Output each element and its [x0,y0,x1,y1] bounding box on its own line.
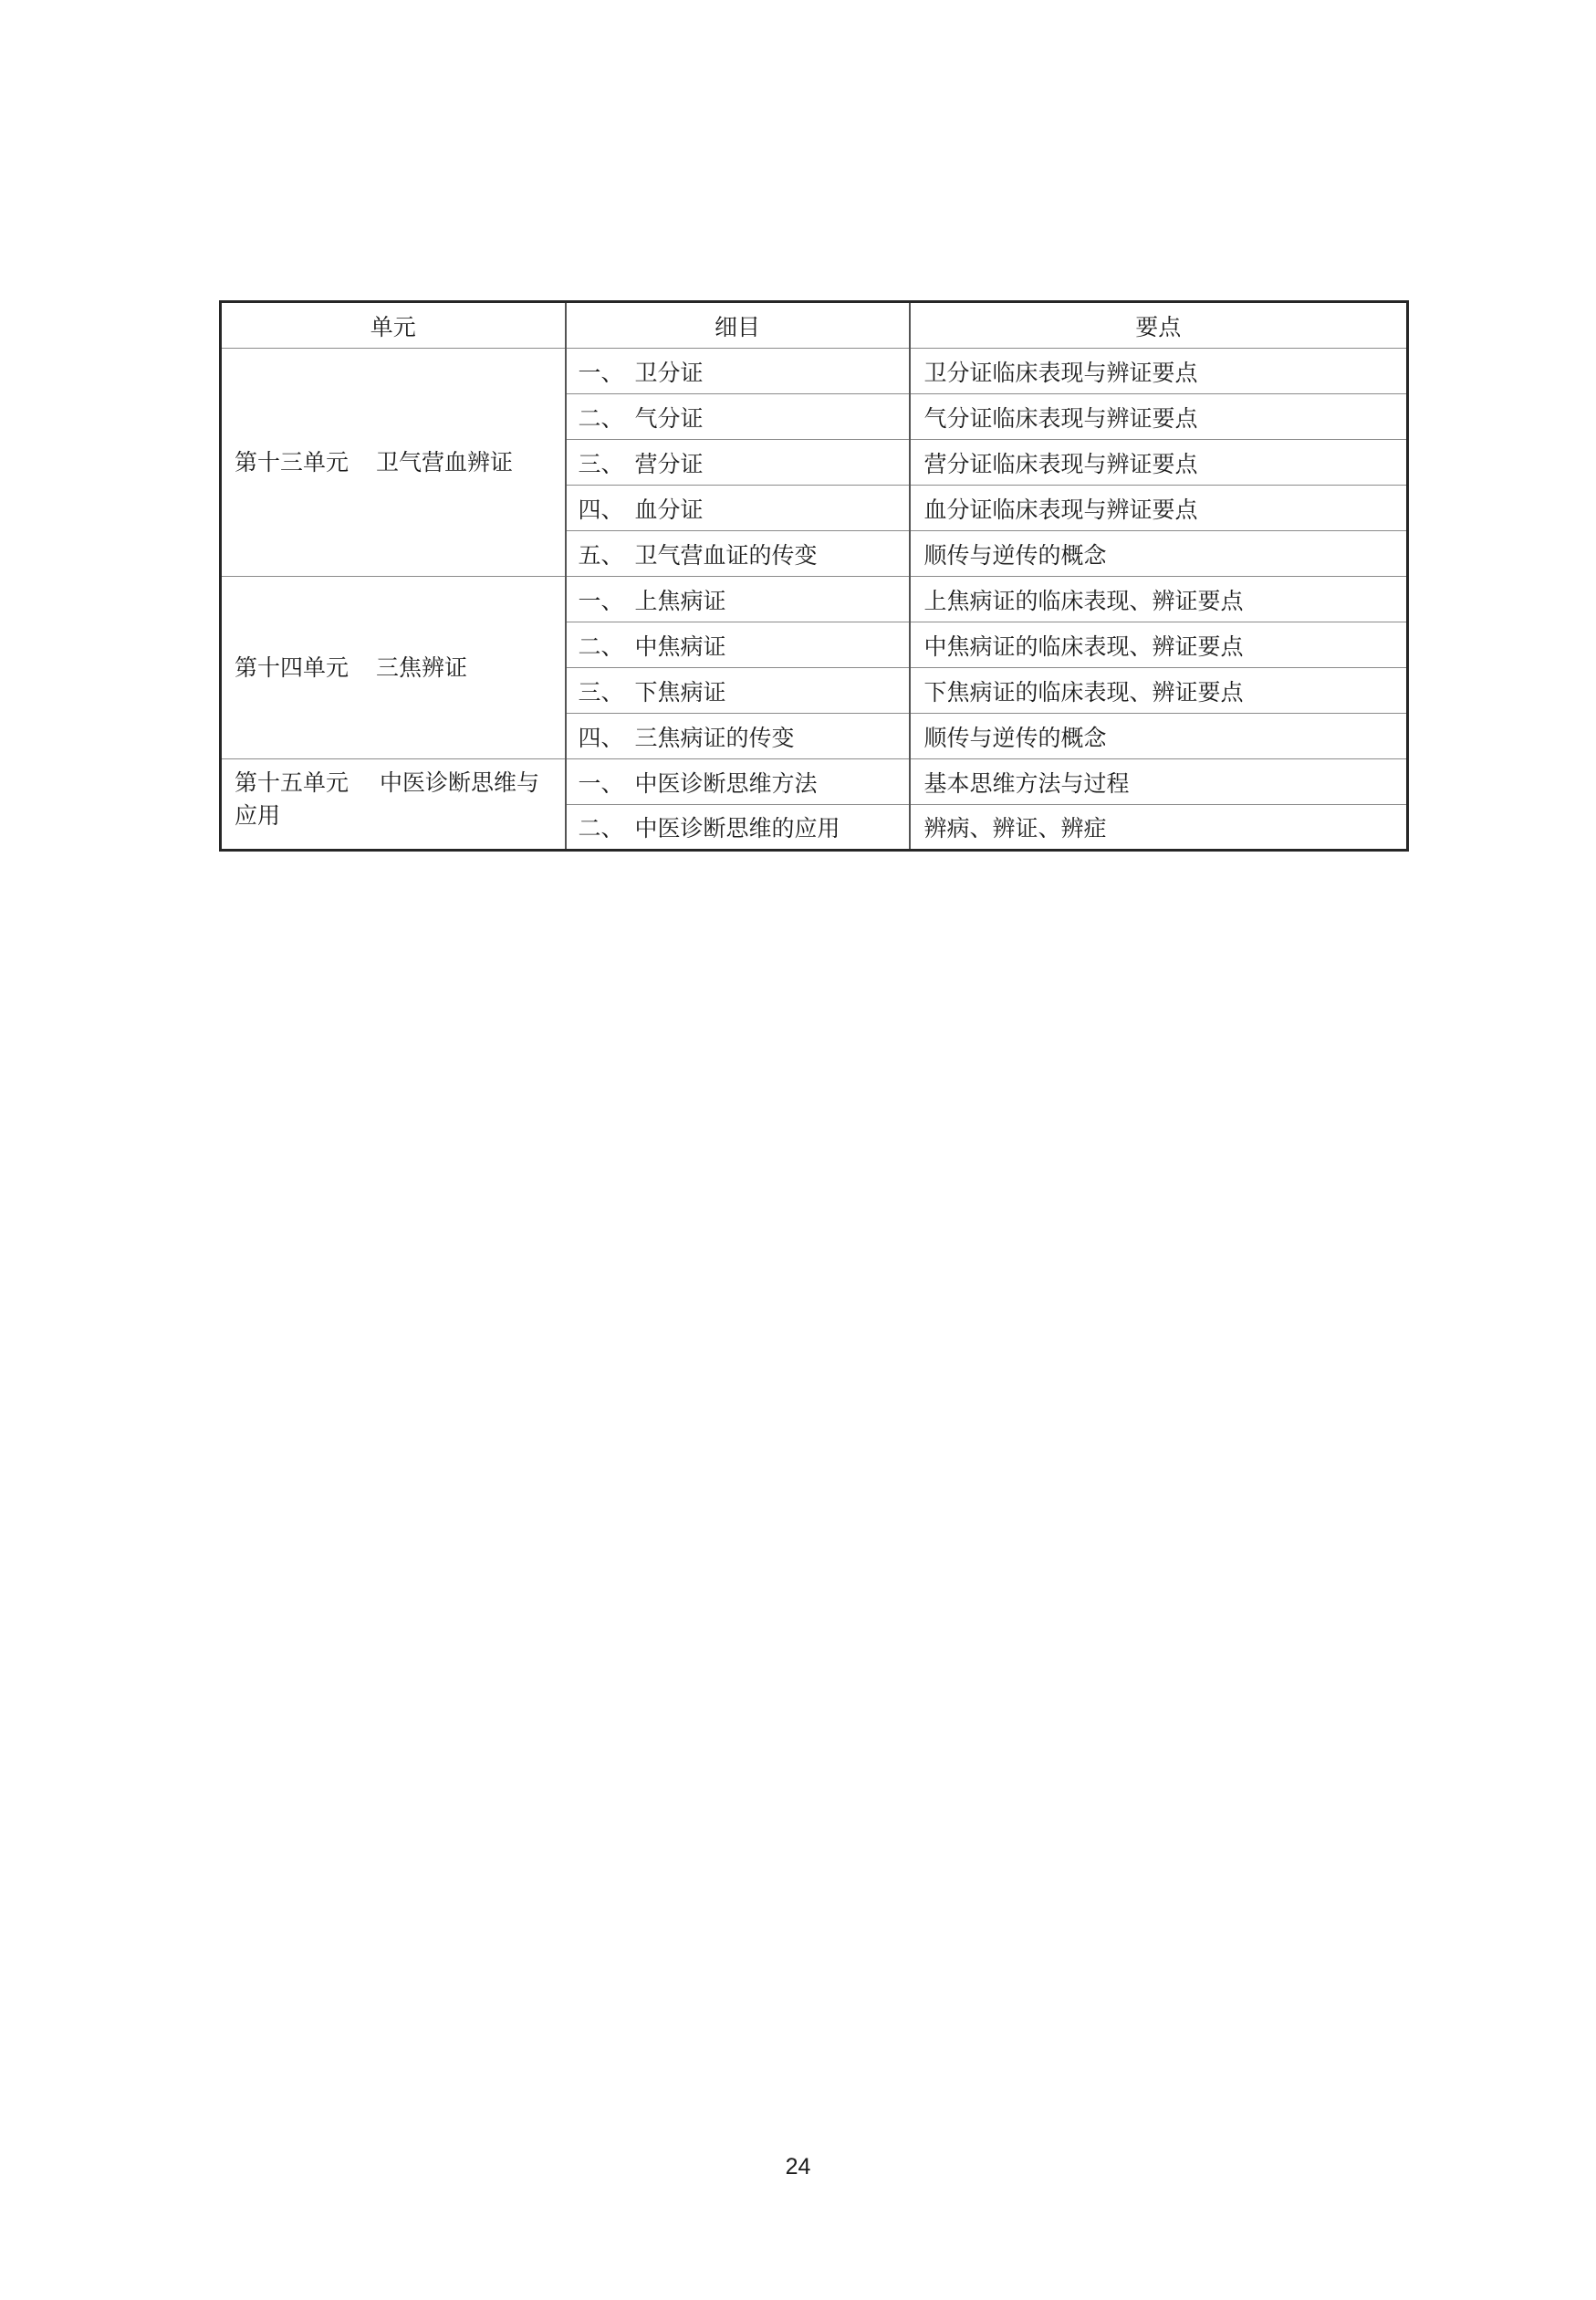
unit-number: 第十五单元 [235,770,349,796]
item-number: 四、 [579,726,624,751]
unit-cell-15: 第十五单元中医诊断思维与应用 [221,759,566,851]
point-cell: 中焦病证的临床表现、辨证要点 [910,622,1408,668]
point-cell: 上焦病证的临床表现、辨证要点 [910,577,1408,622]
item-label: 上焦病证 [635,589,726,614]
detail-cell: 三、营分证 [566,440,910,486]
item-label: 营分证 [635,452,704,477]
item-number: 一、 [579,361,624,386]
page-number: 24 [0,2154,1596,2180]
item-number: 二、 [579,634,624,660]
item-number: 二、 [579,406,624,432]
detail-cell: 一、卫分证 [566,349,910,394]
unit-number: 第十四单元 [235,655,349,681]
table-row: 第十五单元中医诊断思维与应用 一、中医诊断思维方法 基本思维方法与过程 [221,759,1408,805]
item-label: 中医诊断思维的应用 [635,816,840,842]
unit-number: 第十三单元 [235,450,349,476]
item-label: 卫气营血证的传变 [635,543,818,569]
syllabus-table: 单元 细目 要点 第十三单元卫气营血辨证 一、卫分证 卫分证临床表现与辨证要点 … [219,300,1409,852]
detail-cell: 二、中焦病证 [566,622,910,668]
point-cell: 血分证临床表现与辨证要点 [910,486,1408,531]
document-page: 单元 细目 要点 第十三单元卫气营血辨证 一、卫分证 卫分证临床表现与辨证要点 … [0,0,1596,2300]
unit-cell-13: 第十三单元卫气营血辨证 [221,349,566,577]
col-header-detail: 细目 [566,302,910,349]
item-label: 下焦病证 [635,680,726,706]
point-cell: 卫分证临床表现与辨证要点 [910,349,1408,394]
item-number: 一、 [579,589,624,614]
table-header-row: 单元 细目 要点 [221,302,1408,349]
table-row: 第十四单元三焦辨证 一、上焦病证 上焦病证的临床表现、辨证要点 [221,577,1408,622]
item-label: 中医诊断思维方法 [635,771,818,797]
detail-cell: 五、卫气营血证的传变 [566,531,910,577]
point-cell: 营分证临床表现与辨证要点 [910,440,1408,486]
col-header-unit: 单元 [221,302,566,349]
detail-cell: 一、中医诊断思维方法 [566,759,910,805]
point-cell: 气分证临床表现与辨证要点 [910,394,1408,440]
unit-name: 卫气营血辨证 [376,450,513,476]
unit-cell-14: 第十四单元三焦辨证 [221,577,566,759]
point-cell: 下焦病证的临床表现、辨证要点 [910,668,1408,714]
unit-name: 三焦辨证 [376,655,467,681]
item-number: 四、 [579,497,624,523]
table-row: 第十三单元卫气营血辨证 一、卫分证 卫分证临床表现与辨证要点 [221,349,1408,394]
detail-cell: 四、三焦病证的传变 [566,714,910,759]
detail-cell: 二、中医诊断思维的应用 [566,805,910,851]
item-label: 血分证 [635,497,704,523]
item-number: 三、 [579,680,624,706]
col-header-points: 要点 [910,302,1408,349]
point-cell: 基本思维方法与过程 [910,759,1408,805]
detail-cell: 四、血分证 [566,486,910,531]
item-label: 气分证 [635,406,704,432]
item-number: 二、 [579,816,624,842]
detail-cell: 一、上焦病证 [566,577,910,622]
point-cell: 辨病、辨证、辨症 [910,805,1408,851]
item-label: 卫分证 [635,361,704,386]
item-label: 中焦病证 [635,634,726,660]
detail-cell: 三、下焦病证 [566,668,910,714]
item-number: 五、 [579,543,624,569]
item-number: 三、 [579,452,624,477]
item-number: 一、 [579,771,624,797]
detail-cell: 二、气分证 [566,394,910,440]
point-cell: 顺传与逆传的概念 [910,714,1408,759]
point-cell: 顺传与逆传的概念 [910,531,1408,577]
item-label: 三焦病证的传变 [635,726,795,751]
